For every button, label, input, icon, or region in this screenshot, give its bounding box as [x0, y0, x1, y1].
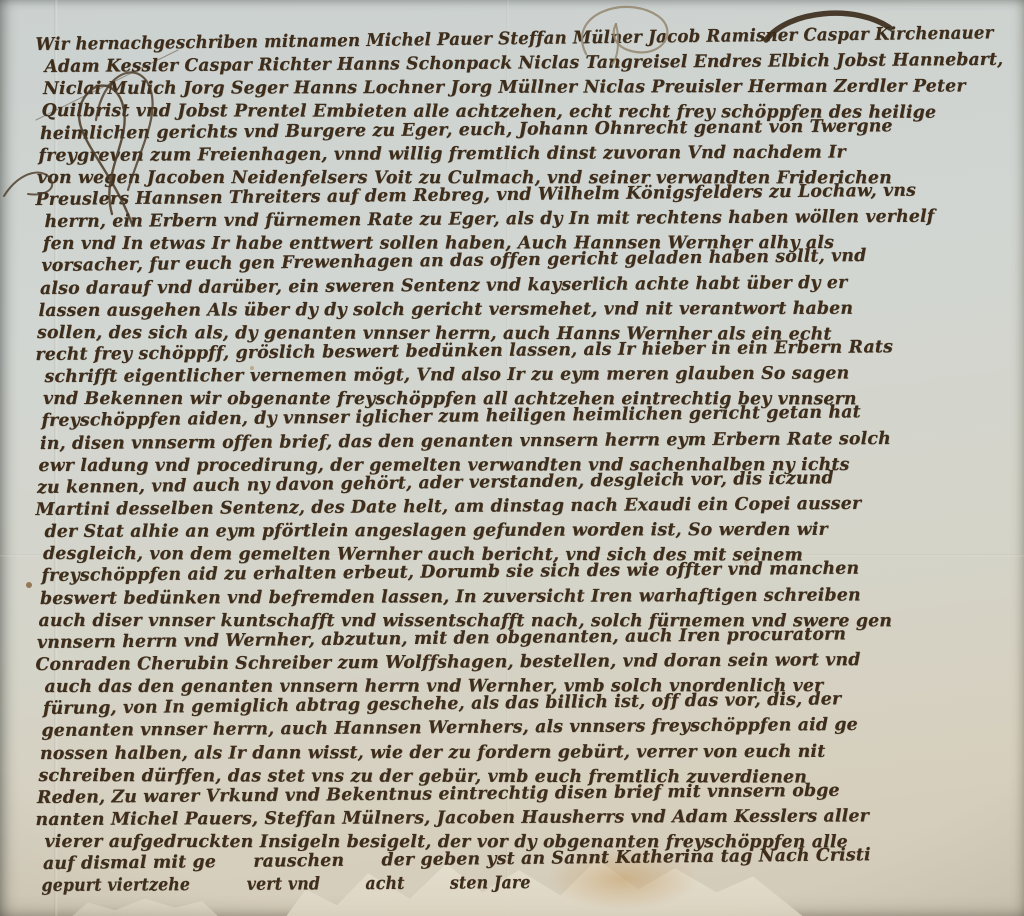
manuscript-photo: Wir hernachgeschriben mitnamen Michel Pa…	[0, 0, 1024, 916]
manuscript-page: Wir hernachgeschriben mitnamen Michel Pa…	[0, 0, 1024, 916]
manuscript-line: der Stat alhie an eym pförtlein angeslag…	[44, 518, 1002, 543]
text-block: Wir hernachgeschriben mitnamen Michel Pa…	[40, 34, 1010, 912]
manuscript-line: Conraden Cherubin Schreiber zum Wolffsha…	[35, 648, 993, 676]
manuscript-line: schrifft eigentlicher vernemen mögt, Vnd…	[44, 362, 1002, 388]
manuscript-line: gepurt viertzehe vert vnd acht sten Jare	[41, 870, 914, 897]
manuscript-line: nanten Michel Pauers, Steffan Mülners, J…	[35, 805, 993, 831]
paper-stain	[26, 582, 32, 588]
manuscript-line: Niclai Mulich Jorg Seger Hanns Lochner J…	[43, 76, 1001, 101]
manuscript-line: lassen ausgehen Als über dy dy solch ger…	[38, 297, 996, 322]
manuscript-line: in, disen vnnserm offen brief, das den g…	[40, 427, 998, 455]
manuscript-line: beswert bedünken vnd befremden lassen, I…	[40, 583, 998, 609]
manuscript-line: freygreven zum Freienhagen, vnnd willig …	[38, 141, 996, 167]
manuscript-line: herrn, ein Erbern vnd fürnemen Rate zu E…	[44, 205, 1002, 233]
manuscript-line: nossen halben, als Ir dann wisst, wie de…	[40, 740, 998, 765]
